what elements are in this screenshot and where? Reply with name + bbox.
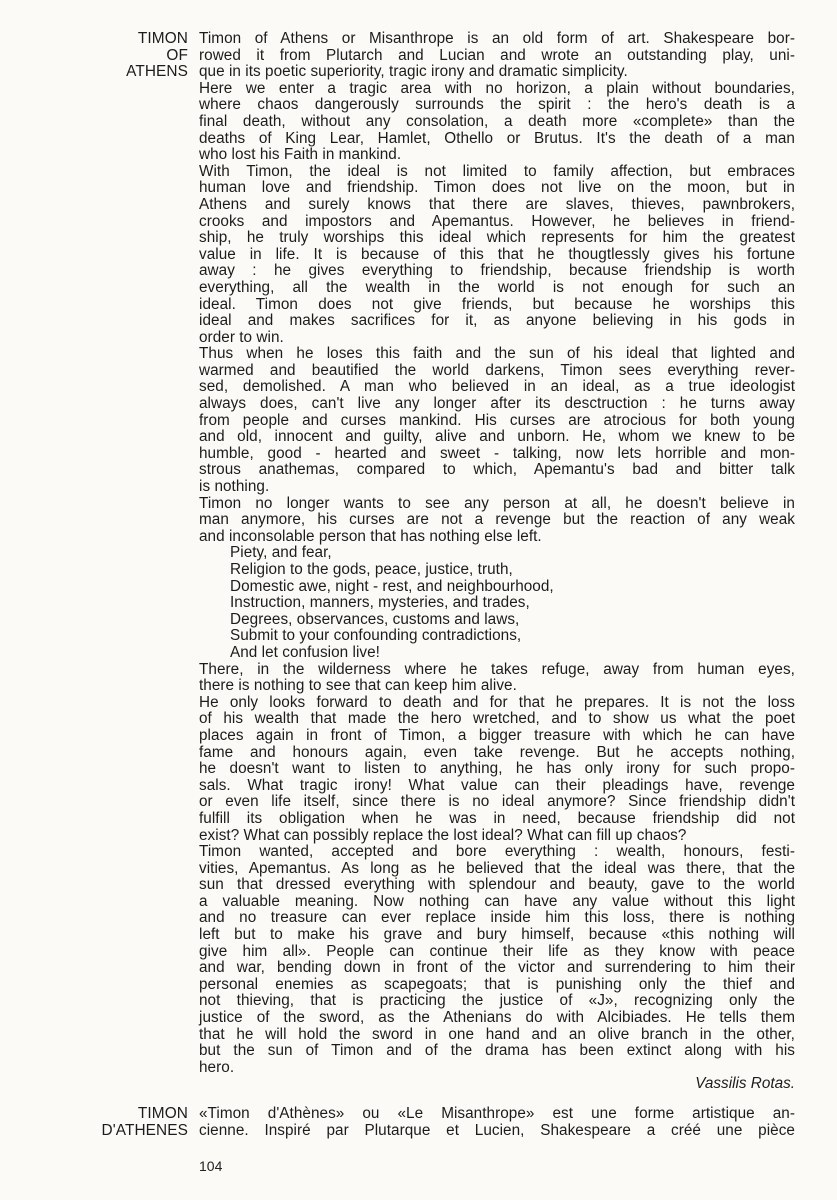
text-line: Timon no longer wants to see any person … — [199, 496, 795, 513]
text-line: sals. What tragic irony! What value can … — [199, 778, 795, 795]
verse-line: Piety, and fear, — [199, 545, 795, 562]
text-line: Athens and surely knows that there are s… — [199, 197, 795, 214]
text-line: fame and honours again, even take reveng… — [199, 745, 795, 762]
text-line: order to win. — [199, 330, 795, 347]
section-heading-french: TIMON D'ATHENES — [100, 1106, 188, 1139]
text-line: and inconsolable person that has nothing… — [199, 529, 795, 546]
text-line: ideal. Timon does not give friends, but … — [199, 297, 795, 314]
article-body-english: Timon of Athens or Misanthrope is an old… — [199, 31, 795, 1093]
text-line: personal enemies as scapegoats; that is … — [199, 977, 795, 994]
text-line: hero. — [199, 1060, 795, 1077]
text-line: justice of the sword, as the Athenians d… — [199, 1010, 795, 1027]
text-line: where chaos dangerously surrounds the sp… — [199, 97, 795, 114]
text-line: there is nothing to see that can keep hi… — [199, 678, 795, 695]
text-line: «Timon d'Athènes» ou «Le Misanthrope» es… — [199, 1106, 795, 1123]
heading-line: ATHENS — [100, 64, 188, 81]
heading-line: TIMON — [100, 31, 188, 48]
heading-line: D'ATHENES — [100, 1123, 188, 1140]
section-heading-english: TIMON OF ATHENS — [100, 31, 188, 81]
text-line: give him all». People can continue their… — [199, 944, 795, 961]
text-line: and war, bending down in front of the vi… — [199, 960, 795, 977]
author-signature: Vassilis Rotas. — [199, 1076, 795, 1093]
text-line: ship, he truly worships this ideal which… — [199, 230, 795, 247]
text-line: crooks and impostors and Apemantus. Howe… — [199, 214, 795, 231]
text-line: exist? What can possibly replace the los… — [199, 828, 795, 845]
text-line: rowed it from Plutarch and Lucian and wr… — [199, 48, 795, 65]
text-line: and old, innocent and guilty, alive and … — [199, 429, 795, 446]
text-line: There, in the wilderness where he takes … — [199, 662, 795, 679]
text-line: from people and curses mankind. His curs… — [199, 413, 795, 430]
text-line: sun that dressed everything with splendo… — [199, 877, 795, 894]
text-line: ideal and makes sacrifices for it, as an… — [199, 313, 795, 330]
text-line: but the sun of Timon and of the drama ha… — [199, 1043, 795, 1060]
verse-line: And let confusion live! — [199, 645, 795, 662]
text-line: final death, without any consolation, a … — [199, 114, 795, 131]
text-line: que in its poetic superiority, tragic ir… — [199, 64, 795, 81]
text-line: a valuable meaning. Now nothing can have… — [199, 894, 795, 911]
text-line: of his wealth that made the hero wretche… — [199, 711, 795, 728]
text-line: fulfill its obligation when he was in ne… — [199, 811, 795, 828]
text-line: away : he gives everything to friendship… — [199, 263, 795, 280]
text-line: humble, good - hearted and sweet - talki… — [199, 446, 795, 463]
verse-line: Instruction, manners, mysteries, and tra… — [199, 595, 795, 612]
text-line: strous anathemas, compared to which, Ape… — [199, 462, 795, 479]
text-line: vities, Apemantus. As long as he believe… — [199, 861, 795, 878]
text-line: cienne. Inspiré par Plutarque et Lucien,… — [199, 1123, 795, 1140]
text-line: that he will hold the sword in one hand … — [199, 1027, 795, 1044]
text-line: sed, demolished. A man who believed in a… — [199, 379, 795, 396]
text-line: always does, can't live any longer after… — [199, 396, 795, 413]
text-line: human love and friendship. Timon does no… — [199, 180, 795, 197]
text-line: he doesn't want to listen to anything, h… — [199, 761, 795, 778]
text-line: everything, all the wealth in the world … — [199, 280, 795, 297]
text-line: man anymore, his curses are not a reveng… — [199, 512, 795, 529]
text-line: is nothing. — [199, 479, 795, 496]
article-body-french: «Timon d'Athènes» ou «Le Misanthrope» es… — [199, 1106, 795, 1139]
text-line: who lost his Faith in mankind. — [199, 147, 795, 164]
heading-line: TIMON — [100, 1106, 188, 1123]
text-line: warmed and beautified the world darkens,… — [199, 363, 795, 380]
text-line: Thus when he loses this faith and the su… — [199, 346, 795, 363]
text-line: not thieving, that is practicing the jus… — [199, 993, 795, 1010]
heading-line: OF — [100, 48, 188, 65]
text-line: and no treasure can ever replace inside … — [199, 910, 795, 927]
text-line: Timon wanted, accepted and bore everythi… — [199, 844, 795, 861]
text-line: left but to make his grave and bury hims… — [199, 927, 795, 944]
verse-line: Submit to your confounding contradiction… — [199, 628, 795, 645]
text-line: Timon of Athens or Misanthrope is an old… — [199, 31, 795, 48]
verse-line: Domestic awe, night - rest, and neighbou… — [199, 579, 795, 596]
text-line: deaths of King Lear, Hamlet, Othello or … — [199, 131, 795, 148]
text-line: value in life. It is because of this tha… — [199, 247, 795, 264]
text-line: places again in front of Timon, a bigger… — [199, 728, 795, 745]
verse-line: Religion to the gods, peace, justice, tr… — [199, 562, 795, 579]
verse-line: Degrees, observances, customs and laws, — [199, 612, 795, 629]
text-line: He only looks forward to death and for t… — [199, 695, 795, 712]
text-line: or even life itself, since there is no i… — [199, 794, 795, 811]
text-line: Here we enter a tragic area with no hori… — [199, 81, 795, 98]
page-number: 104 — [199, 1158, 222, 1174]
text-line: With Timon, the ideal is not limited to … — [199, 164, 795, 181]
